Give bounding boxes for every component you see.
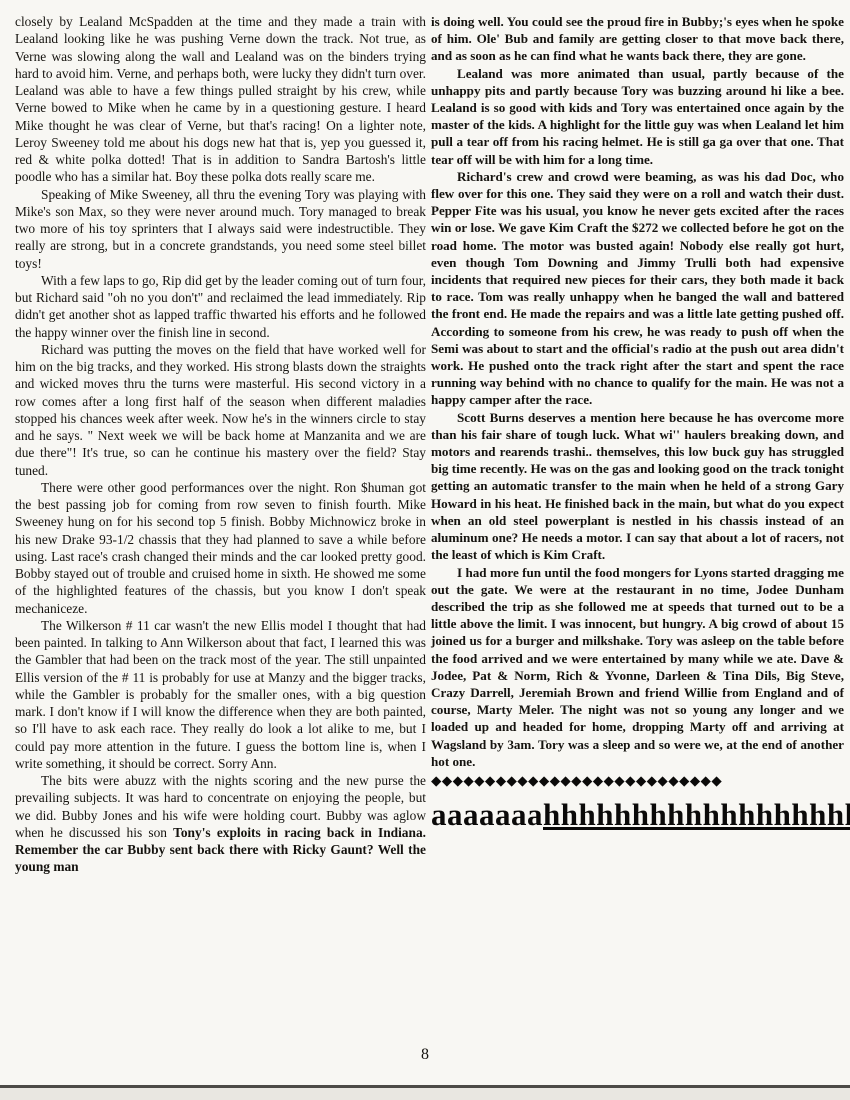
scan-bottom-edge (0, 1088, 850, 1100)
paragraph: is doing well. You could see the proud f… (431, 13, 844, 65)
text-run: There were other good performances over … (15, 480, 426, 616)
text-run: closely by Lealand McSpadden at the time… (15, 14, 426, 184)
paragraph: There were other good performances over … (15, 479, 426, 617)
paragraph: Scott Burns deserves a mention here beca… (431, 409, 844, 564)
text-run: I had more fun until the food mongers fo… (431, 565, 844, 769)
big-exclamation-a-run: aaaaaaa (431, 797, 543, 832)
paragraph: Richard was putting the moves on the fie… (15, 341, 426, 479)
paragraph: I had more fun until the food mongers fo… (431, 564, 844, 770)
paragraph: The Wilkerson # 11 car wasn't the new El… (15, 617, 426, 772)
paragraph: With a few laps to go, Rip did get by th… (15, 272, 426, 341)
right-column-text: is doing well. You could see the proud f… (431, 13, 844, 770)
paragraph: The bits were abuzz with the nights scor… (15, 772, 426, 876)
big-exclamation-text: aaaaaaahhhhhhhhhhhhhhhhhh (431, 799, 844, 832)
text-run: is doing well. You could see the proud f… (431, 14, 844, 63)
text-run: With a few laps to go, Rip did get by th… (15, 273, 426, 340)
text-run: The Wilkerson # 11 car wasn't the new El… (15, 618, 426, 771)
paragraph: Richard's crew and crowd were beaming, a… (431, 168, 844, 409)
text-run: Richard's crew and crowd were beaming, a… (431, 169, 844, 408)
left-column-text: closely by Lealand McSpadden at the time… (15, 13, 426, 876)
left-column: closely by Lealand McSpadden at the time… (15, 13, 426, 876)
paragraph: Speaking of Mike Sweeney, all thru the e… (15, 186, 426, 272)
diamond-divider: ◆◆◆◆◆◆◆◆◆◆◆◆◆◆◆◆◆◆◆◆◆◆◆◆◆◆◆ (431, 773, 844, 790)
paragraph: closely by Lealand McSpadden at the time… (15, 13, 426, 186)
text-run: Speaking of Mike Sweeney, all thru the e… (15, 187, 426, 271)
text-run: Scott Burns deserves a mention here beca… (431, 410, 844, 563)
big-exclamation-h-run: hhhhhhhhhhhhhhhhhh (543, 797, 850, 832)
text-run: Lealand was more animated than usual, pa… (431, 66, 844, 167)
text-run: Richard was putting the moves on the fie… (15, 342, 426, 478)
page-number: 8 (0, 1046, 850, 1064)
right-column: is doing well. You could see the proud f… (431, 13, 844, 832)
paragraph: Lealand was more animated than usual, pa… (431, 65, 844, 168)
